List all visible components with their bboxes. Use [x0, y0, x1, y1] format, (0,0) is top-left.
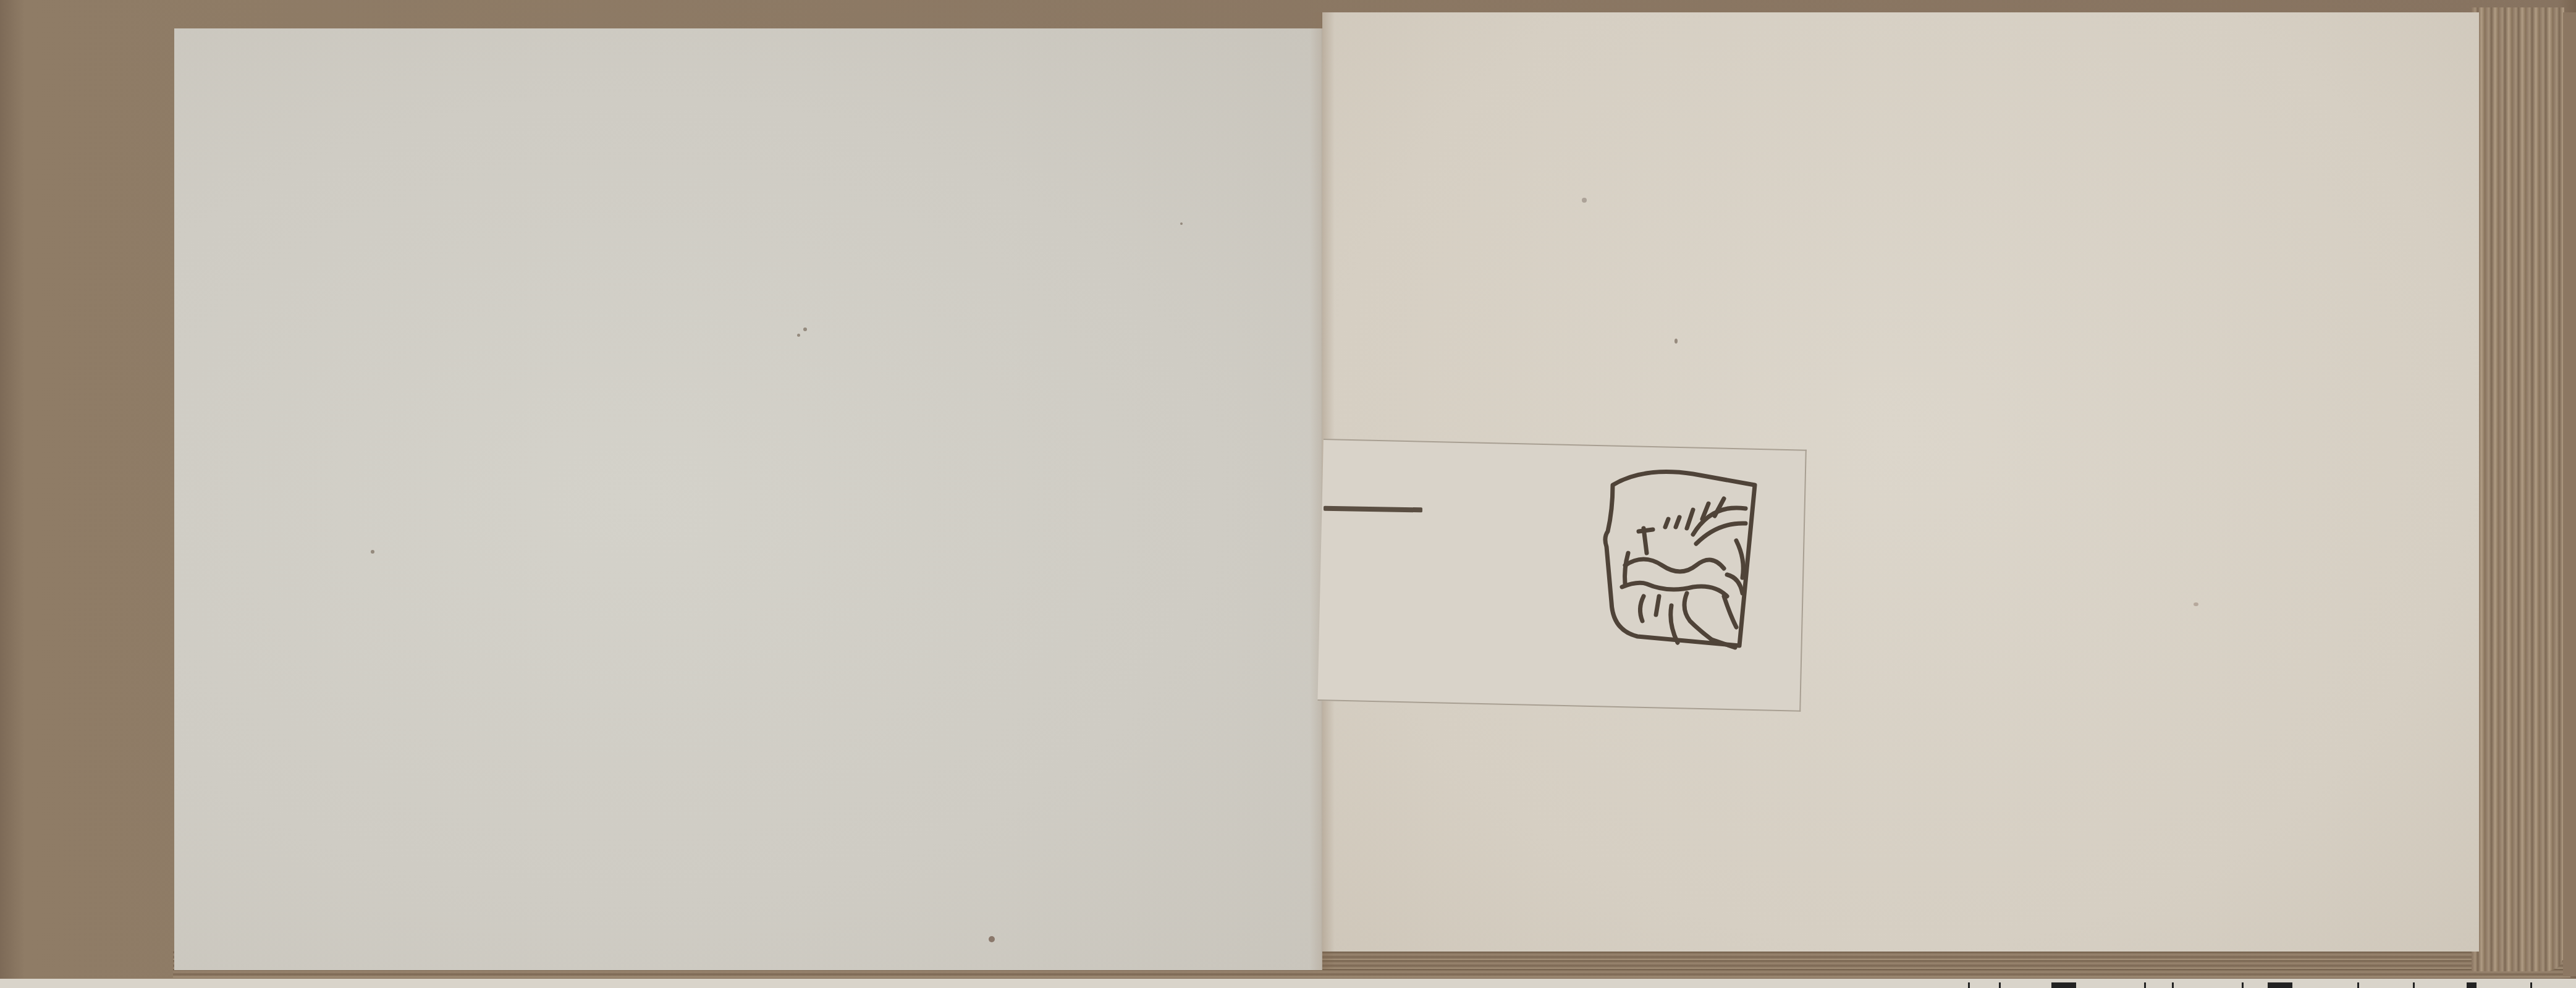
ruler-tick — [1968, 982, 1970, 988]
right-board-edge — [2563, 12, 2576, 976]
ruler-tick — [2172, 982, 2174, 988]
ruler-tick — [2530, 982, 2532, 988]
paper-speck — [1582, 198, 1587, 203]
paper-speck — [989, 936, 995, 942]
ruler-block — [2467, 982, 2477, 988]
ruler-block — [2268, 982, 2292, 988]
ruler-tick — [2242, 982, 2244, 988]
ruler-tick — [2413, 982, 2415, 988]
ruler-block — [2051, 982, 2076, 988]
paper-speck — [1180, 222, 1183, 225]
paper-speck — [2194, 602, 2198, 606]
paper-speck — [803, 327, 807, 331]
left-page — [174, 28, 1322, 970]
ruler-tick — [2144, 982, 2146, 988]
heraldic-eagle-drawing — [1569, 460, 1792, 664]
paper-speck — [797, 334, 800, 337]
measurement-ruler — [0, 979, 2576, 988]
paper-speck — [371, 550, 374, 554]
paper-speck — [1674, 339, 1678, 344]
right-page-stack — [2472, 7, 2564, 971]
ruler-tick — [1999, 982, 2001, 988]
ruler-tick — [2357, 982, 2359, 988]
